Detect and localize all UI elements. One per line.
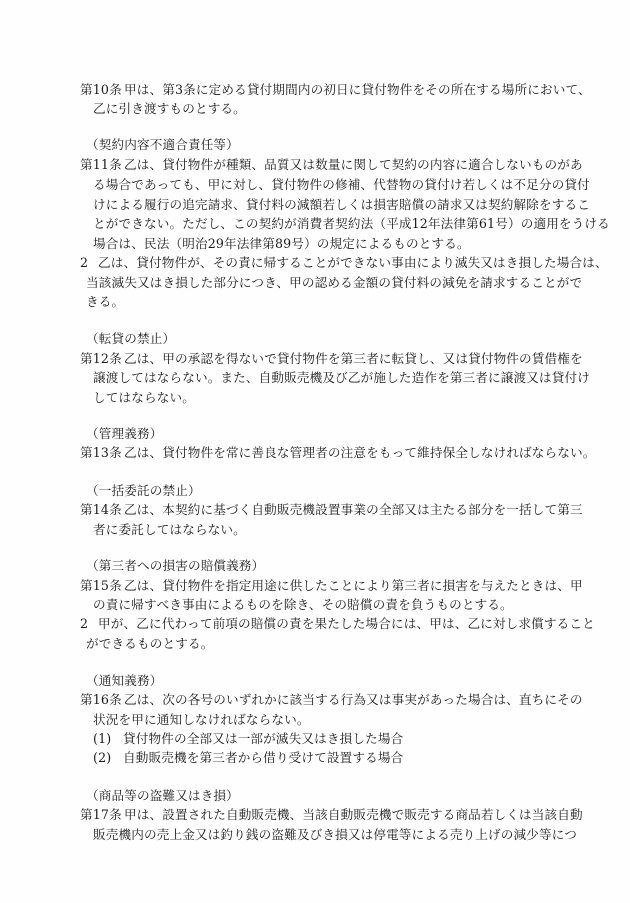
- article-text: 乙は、貸付物件が種類、品質又は数量に関して契約の内容に適合しないものがあ: [124, 157, 583, 172]
- article-text-line: 者に委託してはならない。: [93, 520, 246, 539]
- paragraph-number: 2: [80, 253, 98, 272]
- paragraph-text-line: ができるものとする。: [86, 634, 213, 653]
- article-text: 乙は、本契約に基づく自動販売機設置事業の全部又は主たる部分を一括して第三: [124, 502, 583, 517]
- article-number: 第10条: [80, 80, 124, 99]
- paragraph-text-line: きる。: [86, 292, 124, 311]
- article-text: 乙は、甲の承認を得ないで貸付物件を第三者に転貸し、又は貸付物件の賃借権を: [124, 351, 583, 366]
- article-text-line: 状況を甲に通知しなければならない。: [93, 710, 310, 729]
- article-text-line: 場合は、民法（明治29年法律第89号）の規定によるものとする。: [93, 234, 470, 253]
- article-text: 乙は、次の各号のいずれかに該当する行為又は事実があった場合は、直ちにその: [124, 692, 583, 707]
- article-heading: （第三者への損害の賠償義務）: [86, 556, 264, 575]
- article-number: 第12条: [80, 349, 124, 368]
- item-number: (1): [93, 729, 123, 748]
- article-text: 乙は、貸付物件を常に善良な管理者の注意をもって維持保全しなければならない。: [124, 445, 596, 460]
- article-text: 甲は、設置された自動販売機、当該自動販売機で販売する商品若しくは当該自動: [124, 807, 583, 822]
- article-text-line: 譲渡してはならない。また、自動販売機及び乙が施した造作を第三者に譲渡又は貸付け: [93, 368, 590, 387]
- list-item: (2)自動販売機を第三者から借り受けて設置する場合: [93, 748, 403, 767]
- article-first-line: 第15条乙は、貸付物件を指定用途に供したことにより第三者に損害を与えたときは、甲: [80, 576, 583, 595]
- document-page: 第10条甲は、第3条に定める貸付期間内の初日に貸付物件をその所在する場所において…: [0, 0, 630, 903]
- article-number: 第17条: [80, 805, 124, 824]
- article-number: 第14条: [80, 500, 124, 519]
- article-number: 第15条: [80, 576, 124, 595]
- article-first-line: 第12条乙は、甲の承認を得ないで貸付物件を第三者に転貸し、又は貸付物件の賃借権を: [80, 349, 583, 368]
- article-first-line: 第11条乙は、貸付物件が種類、品質又は数量に関して契約の内容に適合しないものがあ: [80, 155, 583, 174]
- article-text-line: とができない。ただし、この契約が消費者契約法（平成12年法律第61号）の適用をう…: [93, 214, 610, 233]
- paragraph-2-first-line: 2甲が、乙に代わって前項の賠償の責を果たした場合には、甲は、乙に対し求償すること: [80, 614, 595, 633]
- paragraph-2-first-line: 2乙は、貸付物件が、その責に帰することができない事由により滅失又はき損した場合は…: [80, 253, 608, 272]
- article-number: 第11条: [80, 155, 124, 174]
- paragraph-text-line: 当該滅失又はき損した部分につき、甲の認める金額の貸付料の減免を請求することがで: [86, 273, 582, 292]
- article-text-line: の責に帰すべき事由によるものを除き、その賠償の責を負うものとする。: [93, 595, 513, 614]
- article-first-line: 第10条甲は、第3条に定める貸付期間内の初日に貸付物件をその所在する場所において…: [80, 80, 591, 99]
- article-text: 甲は、第3条に定める貸付期間内の初日に貸付物件をその所在する場所において、: [124, 82, 591, 97]
- article-text-line: る場合であっても、甲に対し、貸付物件の修補、代替物の貸付け若しくは不足分の貸付: [93, 175, 590, 194]
- article-number: 第13条: [80, 443, 124, 462]
- article-text-line: してはならない。: [93, 388, 195, 407]
- article-first-line: 第16条乙は、次の各号のいずれかに該当する行為又は事実があった場合は、直ちにその: [80, 690, 583, 709]
- article-text: 乙は、貸付物件を指定用途に供したことにより第三者に損害を与えたときは、甲: [124, 578, 583, 593]
- article-heading: （通知義務）: [86, 671, 162, 690]
- article-text-line: 乙に引き渡すものとする。: [93, 99, 246, 118]
- article-heading: （管理義務）: [86, 424, 162, 443]
- article-first-line: 第13条乙は、貸付物件を常に善良な管理者の注意をもって維持保全しなければならない…: [80, 443, 596, 462]
- paragraph-text: 甲が、乙に代わって前項の賠償の責を果たした場合には、甲は、乙に対し求償すること: [98, 616, 595, 631]
- list-item: (1)貸付物件の全部又は一部が滅失又はき損した場合: [93, 729, 403, 748]
- article-heading: （契約内容不適合責任等）: [86, 135, 239, 154]
- article-heading: （一括委託の禁止）: [86, 481, 201, 500]
- article-first-line: 第17条甲は、設置された自動販売機、当該自動販売機で販売する商品若しくは当該自動: [80, 805, 583, 824]
- item-number: (2): [93, 748, 123, 767]
- paragraph-text: 乙は、貸付物件が、その責に帰することができない事由により滅失又はき損した場合は、: [98, 255, 608, 270]
- item-text: 貸付物件の全部又は一部が滅失又はき損した場合: [123, 731, 403, 746]
- article-text-line: 販売機内の売上金又は釣り銭の盗難及びき損又は停電等による売り上げの減少等につ: [93, 825, 577, 844]
- paragraph-number: 2: [80, 614, 98, 633]
- article-heading: （商品等の盗難又はき損）: [86, 786, 239, 805]
- article-first-line: 第14条乙は、本契約に基づく自動販売機設置事業の全部又は主たる部分を一括して第三: [80, 500, 583, 519]
- article-text-line: けによる履行の追完請求、貸付料の減額若しくは損害賠償の請求又は契約解除をするこ: [93, 195, 590, 214]
- article-heading: （転貸の禁止）: [86, 329, 175, 348]
- article-number: 第16条: [80, 690, 124, 709]
- item-text: 自動販売機を第三者から借り受けて設置する場合: [123, 750, 403, 765]
